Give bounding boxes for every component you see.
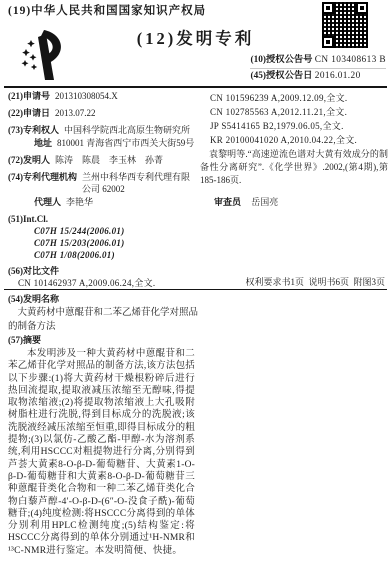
invention-title-label: (54)发明名称 xyxy=(8,293,258,305)
application-number-value: 201310308054.X xyxy=(55,90,198,102)
intcl-label: (51)Int.Cl. xyxy=(8,213,198,225)
qr-finder-icon xyxy=(356,2,368,14)
address-value: 810001 青海省西宁市西关大街59号 xyxy=(57,138,194,148)
qr-finder-icon xyxy=(322,2,334,14)
cited-document: CN 101596239 A,2009.12.09,全文. xyxy=(200,91,388,105)
section-divider xyxy=(4,289,387,290)
examiner-row: 审查员 岳国亮 xyxy=(200,195,388,209)
grant-date-value: 2016.01.20 xyxy=(315,71,361,81)
grant-number-row: (10)授权公告号 CN 103408613 B xyxy=(250,53,386,69)
grant-number-label: (10)授权公告号 xyxy=(250,55,312,65)
agency-value: 兰州中科华西专利代理有限公司 62002 xyxy=(82,171,198,195)
header-divider xyxy=(4,86,387,88)
inventors-row: (72)发明人 陈涛 陈晨 李玉林 孙菁 xyxy=(8,154,198,166)
agency-row: (74)专利代理机构 兰州中科华西专利代理有限公司 62002 代理人李艳华 xyxy=(8,171,198,208)
bibliographic-right-column: CN 101596239 A,2009.12.09,全文. CN 1027855… xyxy=(200,91,388,209)
patentee-value: 中国科学院西北高原生物研究所 xyxy=(64,124,198,136)
patent-front-page: (19)中华人民共和国国家知识产权局 (12)发明专利 (10)授权公告号 CN… xyxy=(0,0,391,571)
intcl-code: C07H 1/08(2006.01) xyxy=(8,249,198,261)
grant-date-row: (45)授权公告日 2016.01.20 xyxy=(250,69,386,84)
document-type-title: (12)发明专利 xyxy=(0,33,391,45)
cited-documents-label: (56)对比文件 xyxy=(8,265,198,277)
invention-title: 大黄药材中蒽醌苷和二苯乙烯苷化学对照品的制备方法 xyxy=(8,307,206,334)
intcl-code: C07H 15/244(2006.01) xyxy=(8,225,198,237)
address-label: 地址 xyxy=(34,138,52,148)
patentee-label: (73)专利权人 xyxy=(8,124,59,136)
patentee-row: (73)专利权人 中国科学院西北高原生物研究所 地址810001 青海省西宁市西… xyxy=(8,124,198,149)
cited-document: CN 101462937 A,2009.06.24,全文. xyxy=(8,277,198,289)
inventors-label: (72)发明人 xyxy=(8,154,50,166)
abstract-text: 本发明涉及一种大黄药材中蒽醌苷和二苯乙烯苷化学对照品的制备方法,该方法包括以下步… xyxy=(8,348,195,557)
cited-document: CN 102785563 A,2012.11.21,全文. xyxy=(200,105,388,119)
application-number-row: (21)申请号 201310308054.X xyxy=(8,90,198,102)
patentee-address-row: 地址810001 青海省西宁市西关大街59号 xyxy=(8,137,198,149)
abstract-label: (57)摘要 xyxy=(8,334,41,346)
issuing-office-title: (19)中华人民共和国国家知识产权局 xyxy=(8,5,206,17)
examiner-label: 审查员 xyxy=(214,197,241,207)
invention-title-section: (54)发明名称 大黄药材中蒽醌苷和二苯乙烯苷化学对照品的制备方法 xyxy=(8,293,258,334)
cited-document: JP S5414165 B2,1979.06.05,全文. xyxy=(200,119,388,133)
intcl-code: C07H 15/203(2006.01) xyxy=(8,237,198,249)
cited-documents-section: (56)对比文件 CN 101462937 A,2009.06.24,全文. xyxy=(8,265,198,289)
grant-date-label: (45)授权公告日 xyxy=(250,71,312,81)
agency-label: (74)专利代理机构 xyxy=(8,171,77,195)
inventors-value: 陈涛 陈晨 李玉林 孙菁 xyxy=(55,154,198,166)
application-date-label: (22)申请日 xyxy=(8,107,50,119)
grant-publication-block: (10)授权公告号 CN 103408613 B (45)授权公告日 2016.… xyxy=(250,53,386,84)
grant-number-value: CN 103408613 B xyxy=(315,55,386,65)
application-number-label: (21)申请号 xyxy=(8,90,50,102)
cited-document: KR 20100041020 A,2010.04.22,全文. xyxy=(200,133,388,147)
examiner-name: 岳国亮 xyxy=(251,197,278,207)
application-date-row: (22)申请日 2013.07.22 xyxy=(8,107,198,119)
intcl-section: (51)Int.Cl. C07H 15/244(2006.01) C07H 15… xyxy=(8,213,198,261)
pages-info: 权利要求书1页 说明书6页 附图3页 xyxy=(245,276,385,288)
agent-value: 李艳华 xyxy=(66,197,93,207)
agent-row: 代理人李艳华 xyxy=(8,196,198,208)
application-date-value: 2013.07.22 xyxy=(55,107,198,119)
bibliographic-left-column: (21)申请号 201310308054.X (22)申请日 2013.07.2… xyxy=(8,90,198,289)
cited-article: 袁黎明等.“高速逆流色谱对大黄有效成分的制备性分离研究”.《化学世界》.2002… xyxy=(200,148,388,187)
agent-label: 代理人 xyxy=(34,197,61,207)
